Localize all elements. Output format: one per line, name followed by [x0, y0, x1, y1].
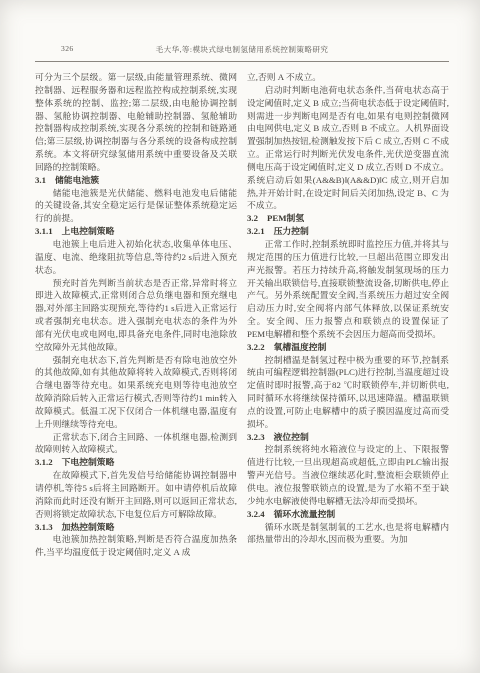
section-number: 3.1 — [35, 175, 46, 185]
section-heading: 3.1.1上电控制策略 — [35, 225, 237, 238]
section-number: 3.1.3 — [35, 522, 53, 532]
header-rule — [35, 61, 449, 62]
section-heading: 3.1储能电池簇 — [35, 174, 237, 187]
body-paragraph: 强制充电状态下,首先判断是否有除电池放空外的其他故障,如有其他故障将转入故障模式… — [35, 354, 237, 431]
body-paragraph: 电池簇加热控制策略,判断是否符合温度加热条件,当平均温度低于设定阈值时,定义 A… — [35, 533, 237, 559]
body-paragraph: 控制槽温是制氢过程中极为重要的环节,控制系统由可编程逻辑控制器(PLC)进行控制… — [247, 354, 449, 431]
body-paragraph: 启动时判断电池荷电状态条件,当荷电状态高于设定阈值时,定义 B 成立;当荷电状态… — [247, 84, 449, 212]
section-title: 压力控制 — [274, 226, 309, 236]
section-number: 3.2.2 — [247, 342, 265, 352]
section-title: 液位控制 — [274, 432, 309, 442]
section-number: 3.2 — [247, 213, 258, 223]
body-paragraph: 正常工作时,控制系统即时监控压力值,并将其与规定范围的压力值进行比较,一旦超出范… — [247, 238, 449, 341]
body-paragraph: 可分为三个层级。第一层级,由能量管理系统、微网控制器、远程服务器和远程监控构成控… — [35, 71, 237, 174]
section-title: 上电控制策略 — [62, 226, 115, 236]
section-heading: 3.2.1压力控制 — [247, 225, 449, 238]
section-number: 3.2.4 — [247, 509, 265, 519]
left-column: 可分为三个层级。第一层级,由能量管理系统、微网控制器、远程服务器和远程监控构成控… — [35, 71, 237, 616]
right-column: 立,否则 A 不成立。 启动时判断电池荷电状态条件,当荷电状态高于设定阈值时,定… — [247, 71, 449, 616]
section-title: 下电控制策略 — [62, 457, 115, 467]
body-paragraph: 在故障模式下,首先发信号给储能协调控制器申请停机,等待5 s后将主回路断开。如申… — [35, 469, 237, 520]
body-paragraph: 预充时首先判断当前状态是否正常,异常时将立即进入故障模式,正常则闭合总负继电器和… — [35, 277, 237, 354]
body-paragraph: 储能电池簇是光伏储能、燃料电池发电后储能的关键设备,其安全稳定运行是保证整体系统… — [35, 187, 237, 226]
section-heading: 3.1.3加热控制策略 — [35, 521, 237, 534]
body-text: 可分为三个层级。第一层级,由能量管理系统、微网控制器、远程服务器和远程监控构成控… — [35, 71, 449, 616]
section-heading: 3.2.2氧槽温度控制 — [247, 341, 449, 354]
page-header: 326 毛大华,等:模块式绿电制氢储用系统控制策略研究 — [35, 44, 449, 56]
section-heading: 3.2.3液位控制 — [247, 431, 449, 444]
section-number: 3.1.2 — [35, 457, 53, 467]
paper-page: 326 毛大华,等:模块式绿电制氢储用系统控制策略研究 可分为三个层级。第一层级… — [0, 0, 480, 673]
section-heading: 3.2.4循环水流量控制 — [247, 508, 449, 521]
section-heading: 3.1.2下电控制策略 — [35, 456, 237, 469]
section-number: 3.2.3 — [247, 432, 265, 442]
body-paragraph: 控制系统将纯水箱液位与设定的上、下限报警值进行比较,一旦出现超高或超低,立即由P… — [247, 443, 449, 507]
section-title: 储能电池簇 — [55, 175, 99, 185]
section-number: 3.1.1 — [35, 226, 53, 236]
body-paragraph: 循环水既是制氢制氧的工艺水,也是将电解槽内部热量带出的冷却水,因而极为重要。为加 — [247, 521, 449, 547]
section-number: 3.2.1 — [247, 226, 265, 236]
running-title: 毛大华,等:模块式绿电制氢储用系统控制策略研究 — [35, 44, 449, 55]
section-title: 氧槽温度控制 — [274, 342, 327, 352]
body-paragraph: 立,否则 A 不成立。 — [247, 71, 449, 84]
section-title: 循环水流量控制 — [274, 509, 336, 519]
section-title: 加热控制策略 — [62, 522, 115, 532]
body-paragraph: 电池簇上电后进入初始化状态,收集单体电压、温度、电流、绝缘阻抗等信息,等待约2 … — [35, 238, 237, 277]
body-paragraph: 正常状态下,闭合主回路、一体机继电器,检测到故障则转入故障模式。 — [35, 431, 237, 457]
section-heading: 3.2PEM制氢 — [247, 212, 449, 225]
section-title: PEM制氢 — [267, 213, 304, 223]
